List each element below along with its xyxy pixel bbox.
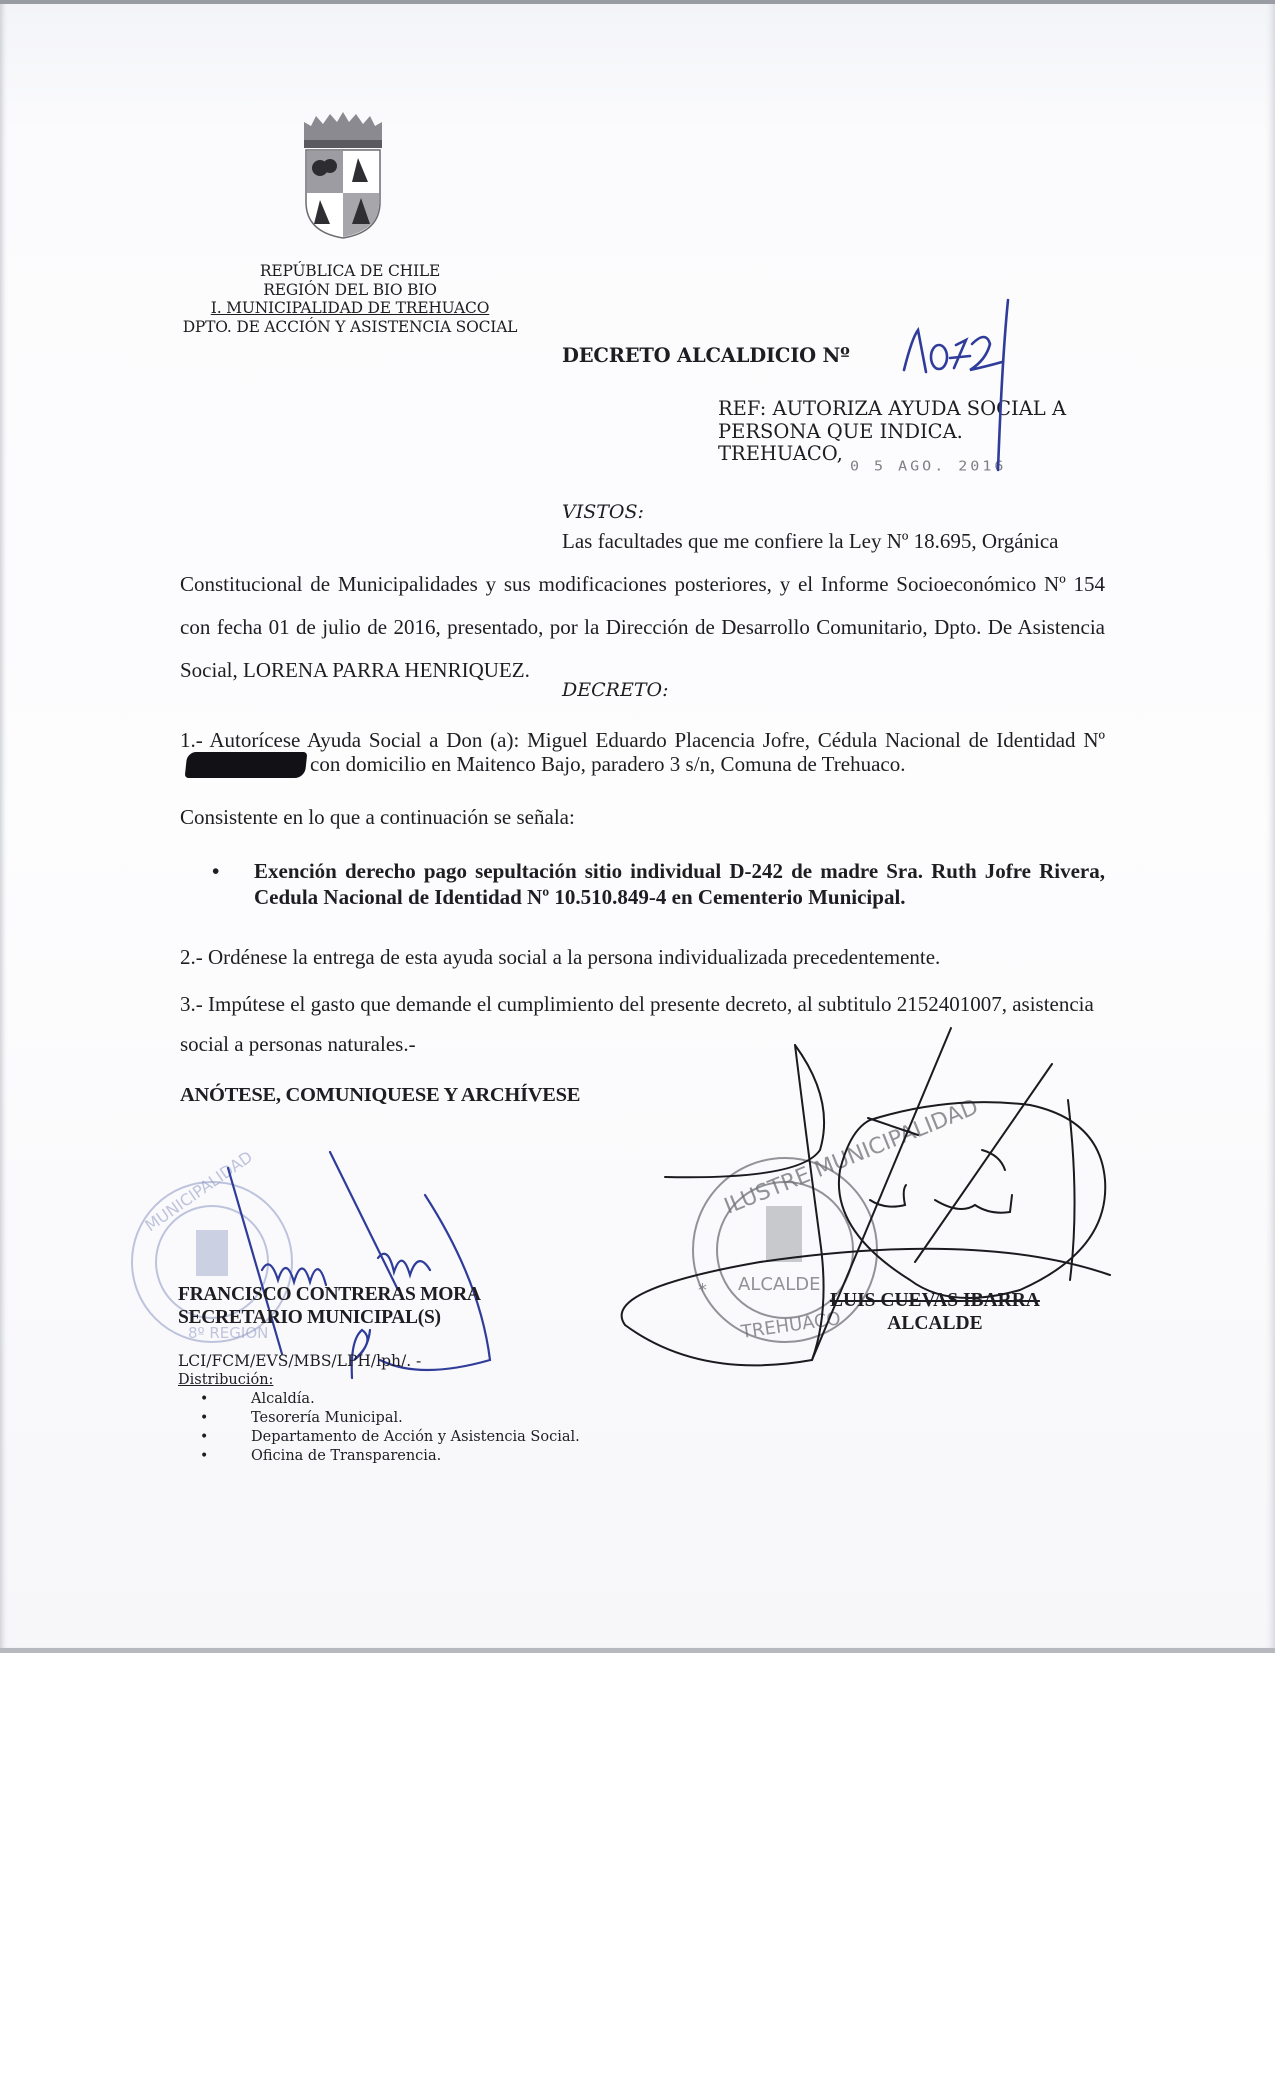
distribution-item: Tesorería Municipal.	[178, 1409, 580, 1428]
bullet-icon: •	[212, 858, 219, 884]
svg-text:*: *	[698, 1280, 707, 1301]
distribution-list: Distribución: Alcaldía. Tesorería Munici…	[178, 1371, 580, 1466]
distribution-item: Departamento de Acción y Asistencia Soci…	[178, 1428, 580, 1447]
secretary-signature-icon	[228, 1152, 490, 1378]
svg-text:MUNICIPALIDAD: MUNICIPALIDAD	[141, 1147, 256, 1235]
svg-text:ALCALDE: ALCALDE	[738, 1274, 821, 1295]
secretary-name: FRANCISCO CONTRERAS MORA	[178, 1284, 481, 1307]
decree-title: DECRETO ALCALDICIO Nº	[562, 344, 850, 367]
header-line-country: REPÚBLICA DE CHILE	[180, 262, 520, 281]
decree-item-1: 1.- Autorícese Ayuda Social a Don (a): M…	[180, 728, 1105, 778]
typist-initials: LCI/FCM/EVS/MBS/LPH/lph/. -	[178, 1352, 421, 1370]
redacted-id-block	[185, 752, 308, 778]
mayor-role: ALCALDE	[830, 1312, 1040, 1335]
vistos-paragraph: Las facultades que me confiere la Ley Nº…	[180, 520, 1105, 692]
benefit-bullet: • Exención derecho pago sepultación siti…	[212, 858, 1105, 910]
date-stamp: 0 5 AGO. 2016	[850, 458, 1006, 474]
ref-line-1: REF: AUTORIZA AYUDA SOCIAL A	[718, 398, 1066, 421]
secretary-role: SECRETARIO MUNICIPAL(S)	[178, 1307, 481, 1330]
reference-block: REF: AUTORIZA AYUDA SOCIAL A PERSONA QUE…	[718, 398, 1066, 466]
distribution-item: Alcaldía.	[178, 1390, 580, 1409]
header-line-department: DPTO. DE ACCIÓN Y ASISTENCIA SOCIAL	[180, 318, 520, 337]
institution-header: REPÚBLICA DE CHILE REGIÓN DEL BIO BIO I.…	[180, 262, 520, 336]
svg-text:ILUSTRE MUNICIPALIDAD: ILUSTRE MUNICIPALIDAD	[721, 1095, 982, 1220]
closing-formula: ANÓTESE, COMUNIQUESE Y ARCHÍVESE	[180, 1084, 580, 1107]
vistos-rest: Constitucional de Municipalidades y sus …	[180, 572, 1105, 682]
scanned-page: REPÚBLICA DE CHILE REGIÓN DEL BIO BIO I.…	[0, 0, 1275, 1653]
decree-item-3: 3.- Impútese el gasto que demande el cum…	[180, 984, 1105, 1064]
decreto-heading: DECRETO:	[562, 679, 668, 701]
consistente-line: Consistente en lo que a continuación se …	[180, 805, 575, 830]
vistos-first-line: Las facultades que me confiere la Ley Nº…	[180, 520, 1105, 563]
coat-of-arms-icon	[298, 112, 388, 240]
ref-line-2: PERSONA QUE INDICA.	[718, 421, 1066, 444]
distribution-item: Oficina de Transparencia.	[178, 1447, 580, 1466]
secretary-signature-block: FRANCISCO CONTRERAS MORA SECRETARIO MUNI…	[178, 1284, 481, 1329]
svg-text:TREHUACO: TREHUACO	[739, 1308, 842, 1343]
item1-text-b: con domicilio en Maitenco Bajo, paradero…	[310, 752, 905, 776]
header-line-municipality: I. MUNICIPALIDAD DE TREHUACO	[180, 299, 520, 318]
mayor-name: LUIS CUEVAS IBARRA	[830, 1289, 1040, 1312]
decree-item-2: 2.- Ordénese la entrega de esta ayuda so…	[180, 945, 940, 970]
item1-text-a: 1.- Autorícese Ayuda Social a Don (a): M…	[180, 728, 1105, 752]
mayor-signature-block: LUIS CUEVAS IBARRA ALCALDE	[830, 1289, 1040, 1335]
header-line-region: REGIÓN DEL BIO BIO	[180, 281, 520, 300]
distribution-title: Distribución:	[178, 1371, 580, 1390]
benefit-text: Exención derecho pago sepultación sitio …	[212, 858, 1105, 910]
